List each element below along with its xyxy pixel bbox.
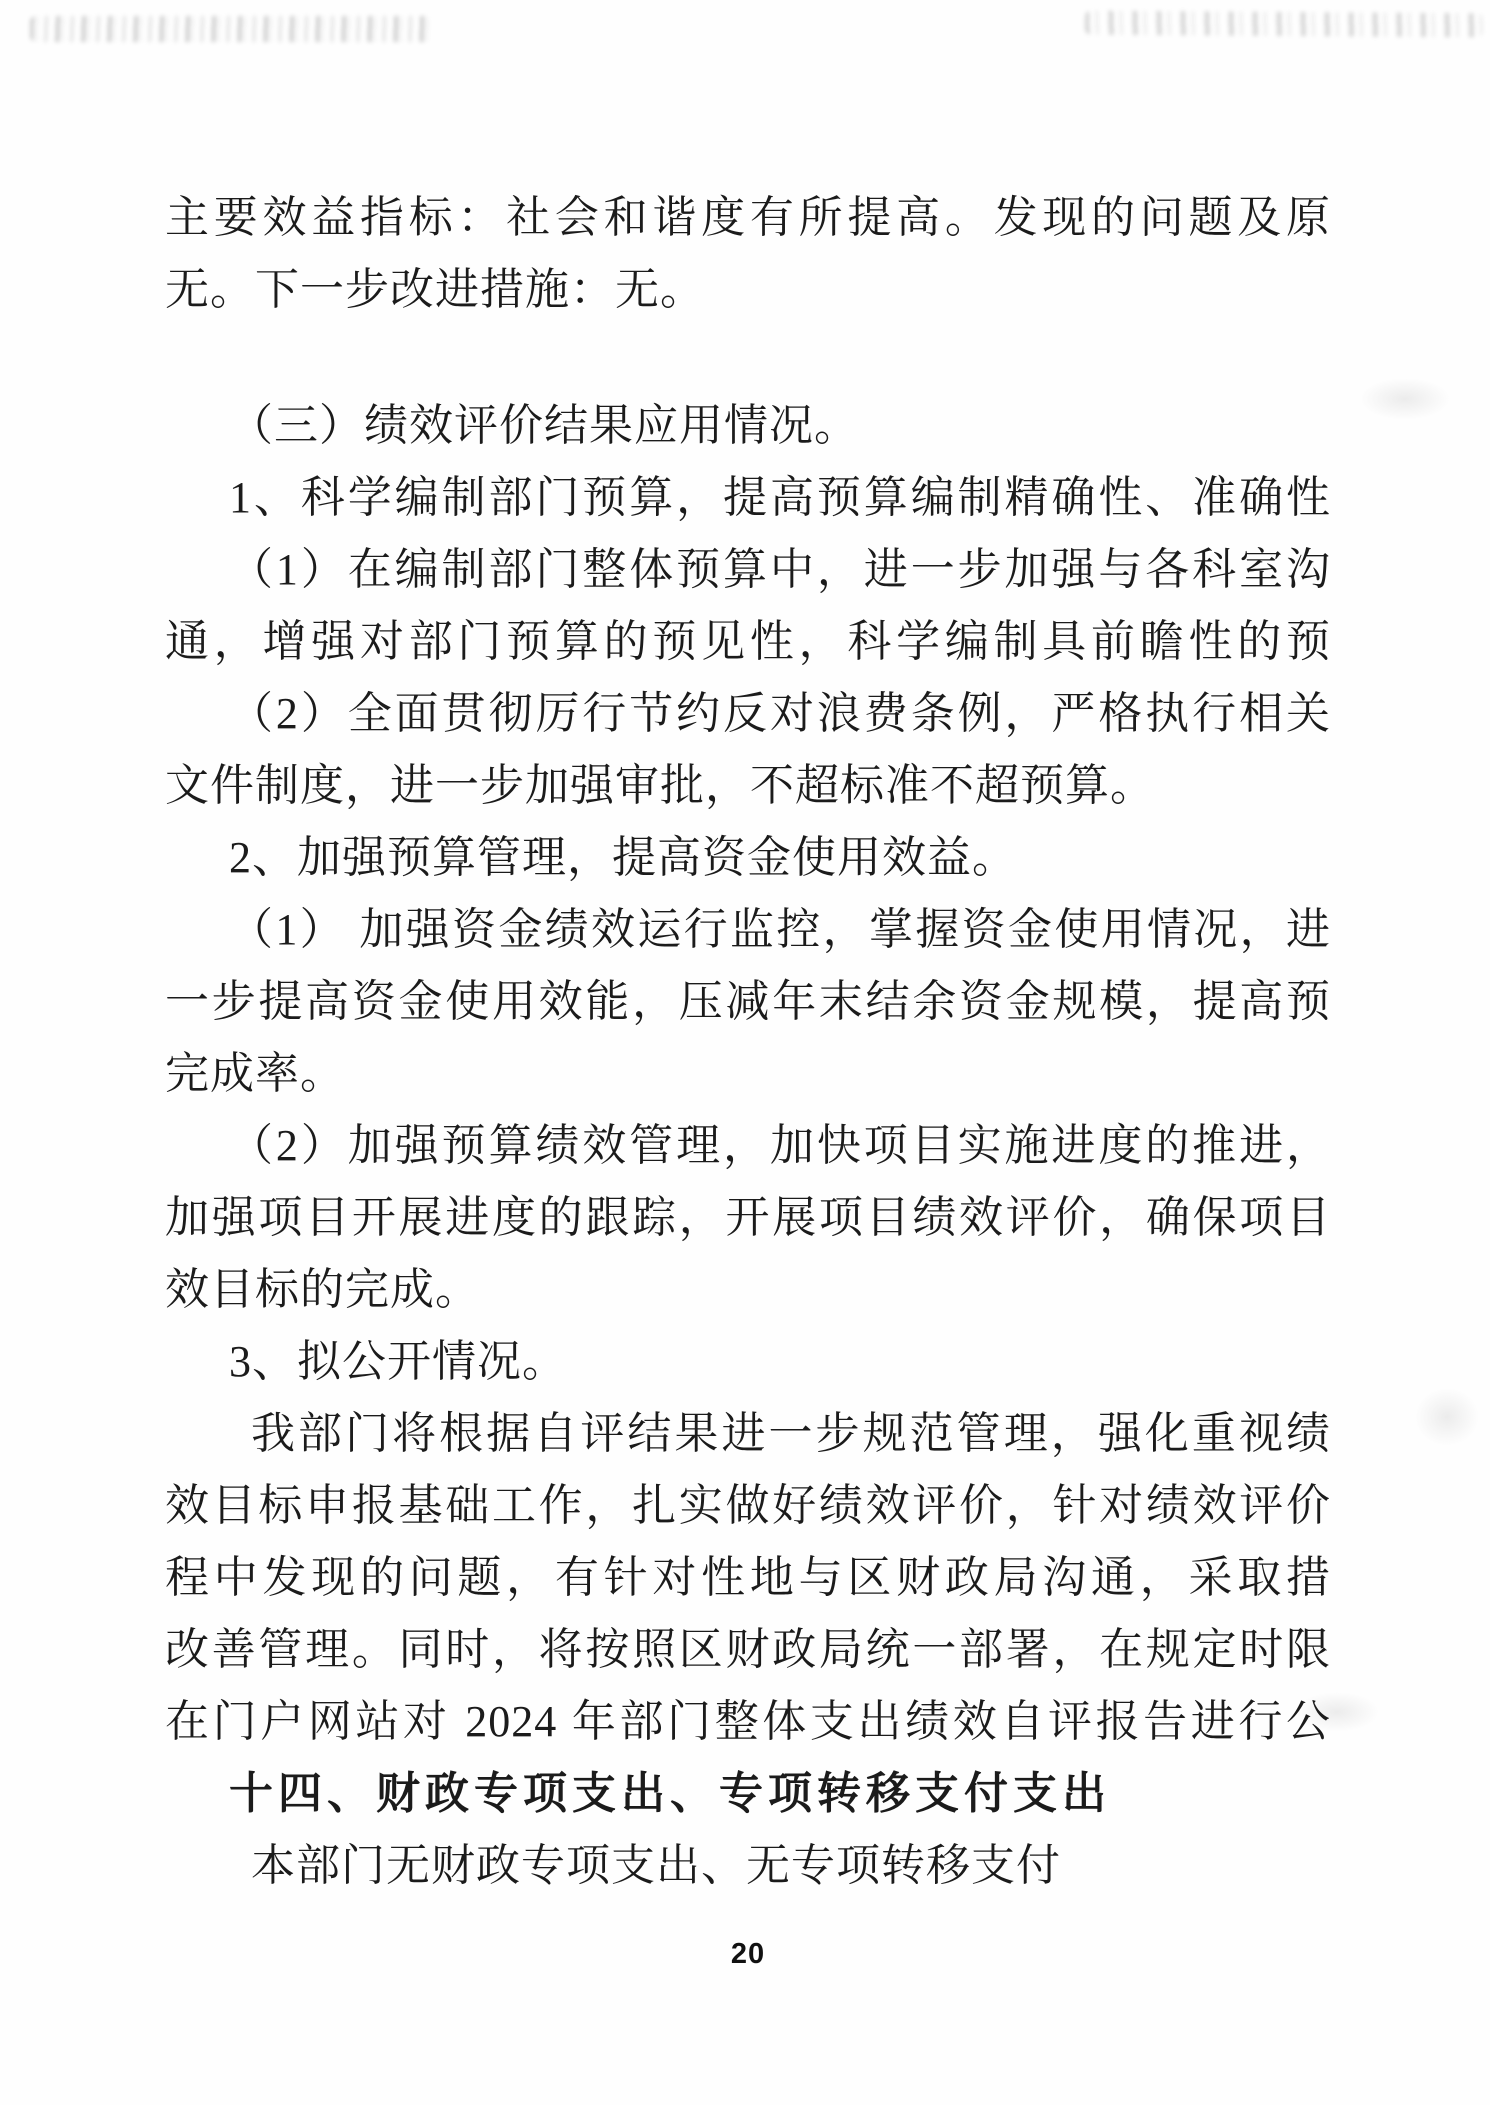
paragraph-gap xyxy=(165,326,1331,390)
doc-line: 无。下一步改进措施：无。 xyxy=(165,254,1331,326)
doc-line: 本部门无财政专项支出、无专项转移支付 xyxy=(165,1830,1331,1902)
section-heading: 十四、财政专项支出、专项转移支付支出 xyxy=(165,1758,1331,1830)
doc-line: （2）全面贯彻厉行节约反对浪费条例，严格执行相关 xyxy=(165,678,1331,750)
scan-noise-artifact-right xyxy=(1085,11,1483,38)
doc-line: 一步提高资金使用效能，压减年末结余资金规模，提高预算 xyxy=(165,966,1331,1038)
doc-line: （1）在编制部门整体预算中，进一步加强与各科室沟 xyxy=(165,534,1331,606)
doc-line: 1、科学编制部门预算，提高预算编制精确性、准确性 xyxy=(165,462,1331,534)
doc-line: 效目标申报基础工作，扎实做好绩效评价，针对绩效评价过 xyxy=(165,1470,1331,1542)
page-number: 20 xyxy=(165,1938,1331,1971)
scan-smudge xyxy=(1415,1388,1479,1446)
scan-smudge xyxy=(1360,378,1450,420)
doc-line: 改善管理。同时，将按照区财政局统一部署，在规定时限内 xyxy=(165,1614,1331,1686)
scan-noise-artifact-left xyxy=(30,16,430,42)
doc-line: 效目标的完成。 xyxy=(165,1254,1331,1326)
doc-line: 2、加强预算管理，提高资金使用效益。 xyxy=(165,822,1331,894)
doc-line: （2）加强预算绩效管理，加快项目实施进度的推进， xyxy=(165,1110,1331,1182)
doc-line: 完成率。 xyxy=(165,1038,1331,1110)
doc-line: 程中发现的问题，有针对性地与区财政局沟通，采取措施， xyxy=(165,1542,1331,1614)
doc-line: 加强项目开展进度的跟踪，开展项目绩效评价，确保项目绩 xyxy=(165,1182,1331,1254)
doc-line: 在门户网站对 2024 年部门整体支出绩效自评报告进行公开。 xyxy=(165,1686,1331,1758)
doc-line: 通，增强对部门预算的预见性，科学编制具前瞻性的预算； xyxy=(165,606,1331,678)
subsection-heading: （三）绩效评价结果应用情况。 xyxy=(165,390,1331,462)
document-page: 主要效益指标：社会和谐度有所提高。发现的问题及原因： 无。下一步改进措施：无。 … xyxy=(0,0,1490,2105)
doc-line: （1） 加强资金绩效运行监控，掌握资金使用情况，进 xyxy=(165,894,1331,966)
doc-line: 主要效益指标：社会和谐度有所提高。发现的问题及原因： xyxy=(165,182,1331,254)
doc-line: 3、拟公开情况。 xyxy=(165,1326,1331,1398)
doc-line: 我部门将根据自评结果进一步规范管理，强化重视绩 xyxy=(165,1398,1331,1470)
doc-line: 文件制度，进一步加强审批，不超标准不超预算。 xyxy=(165,750,1331,822)
document-body: 主要效益指标：社会和谐度有所提高。发现的问题及原因： 无。下一步改进措施：无。 … xyxy=(165,182,1331,1902)
